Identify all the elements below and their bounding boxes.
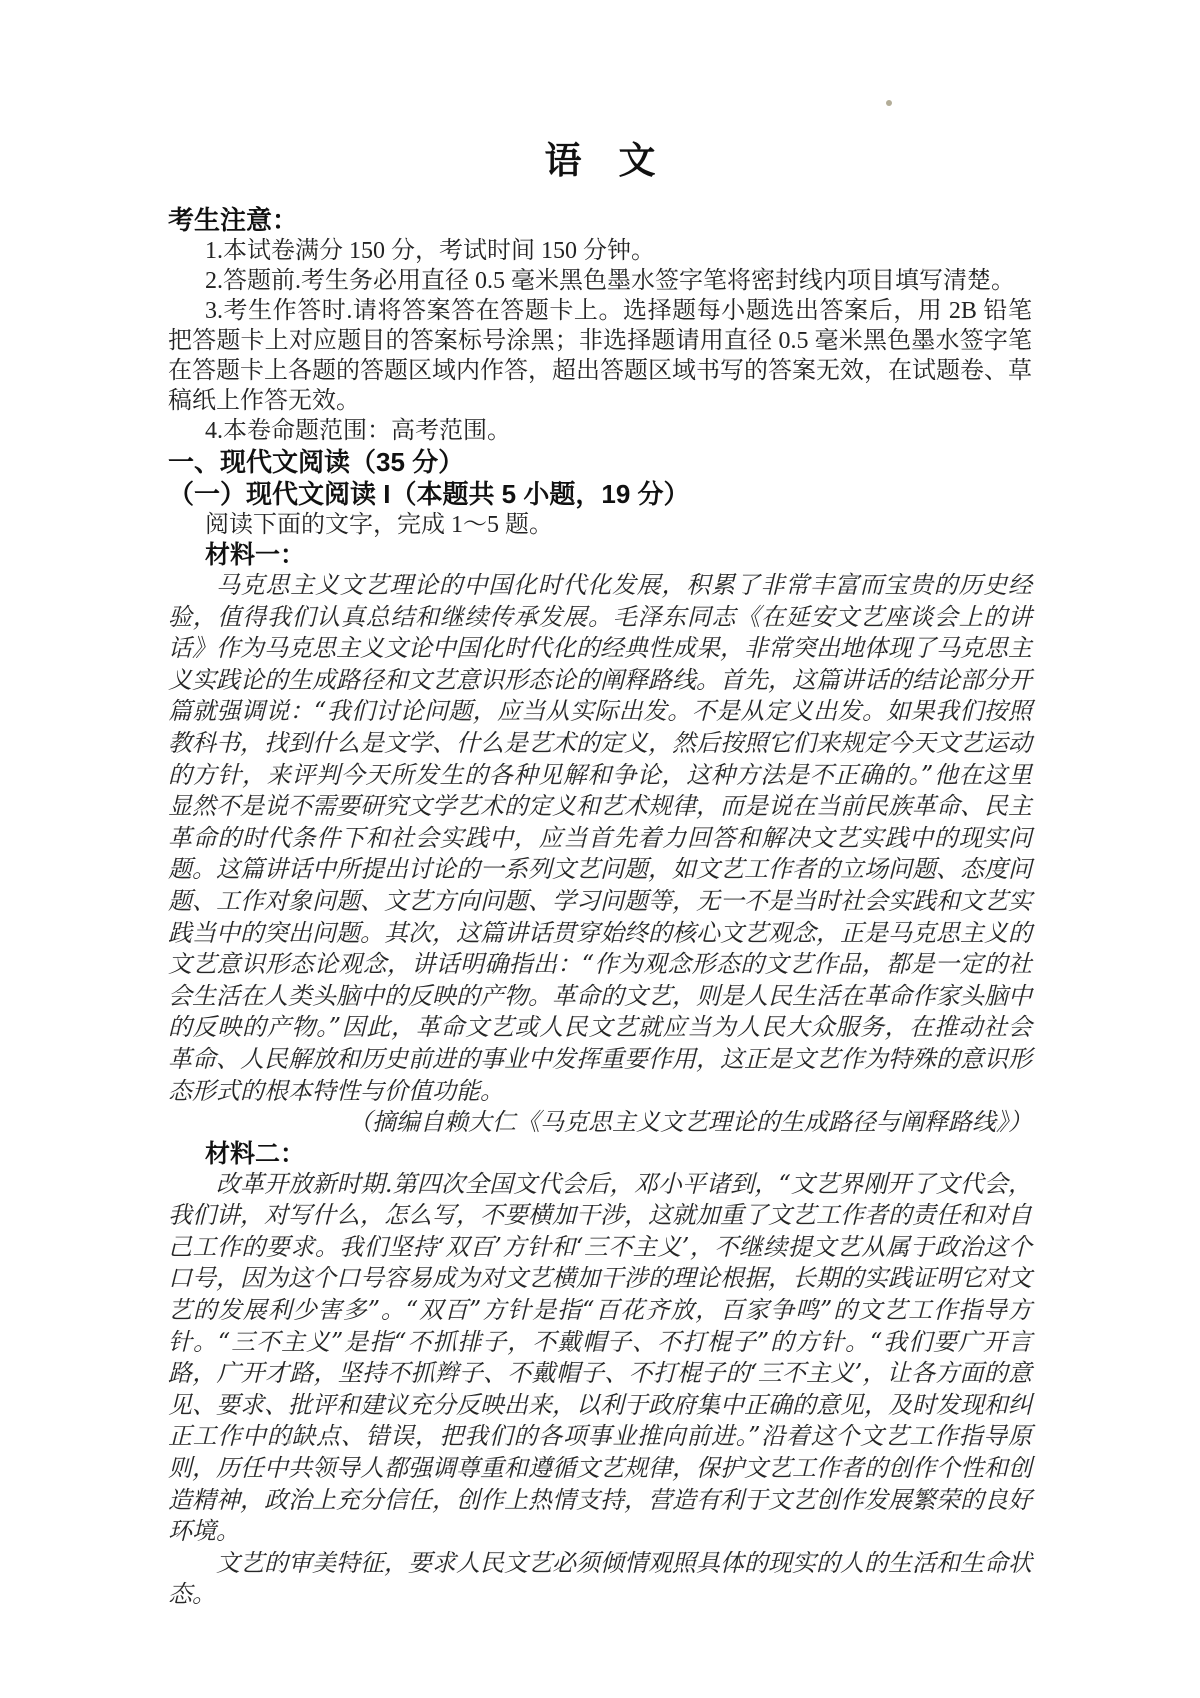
material-one-label: 材料一： — [168, 540, 1032, 570]
subsection-heading-reading-one: （一）现代文阅读 I（本题共 5 小题，19 分） — [168, 478, 1032, 510]
notice-item-4: 4.本卷命题范围：高考范围。 — [168, 416, 1032, 446]
material-two-section: 材料二： 改革开放新时期.第四次全国文代会后，邓小平诸到，“文艺界刚开了文代会，… — [168, 1139, 1032, 1611]
material-two-paragraph-1: 改革开放新时期.第四次全国文代会后，邓小平诸到，“文艺界刚开了文代会，我们讲，对… — [168, 1169, 1032, 1548]
reading-prompt: 阅读下面的文字，完成 1～5 题。 — [168, 510, 1032, 540]
notice-item-2: 2.答题前.考生务必用直径 0.5 毫米黑色墨水签字笔将密封线内项目填写清楚。 — [168, 266, 1032, 296]
material-one-citation: （摘编自赖大仁《马克思主义文艺理论的生成路径与阐释路线》） — [168, 1107, 1032, 1139]
section-heading-modern-reading: 一、现代文阅读（35 分） — [168, 446, 1032, 478]
material-one-paragraph: 马克思主义文艺理论的中国化时代化发展，积累了非常丰富而宝贵的历史经验，值得我们认… — [168, 570, 1032, 1107]
notice-heading: 考生注意： — [168, 204, 1032, 236]
material-two-paragraph-2: 文艺的审美特征，要求人民文艺必须倾情观照具体的现实的人的生活和生命状态。 — [168, 1548, 1032, 1611]
scan-artifact-dot-top — [886, 100, 892, 106]
notice-item-1: 1.本试卷满分 150 分，考试时间 150 分钟。 — [168, 236, 1032, 266]
exam-page: { "doc": { "title": "语 文", "notice": { "… — [0, 0, 1200, 1698]
notice-item-3: 3.考生作答时.请将答案答在答题卡上。选择题每小题选出答案后，用 2B 铅笔把答… — [168, 296, 1032, 416]
document-title: 语 文 — [168, 138, 1032, 184]
notice-section: 考生注意： 1.本试卷满分 150 分，考试时间 150 分钟。 2.答题前.考… — [168, 204, 1032, 446]
material-two-label: 材料二： — [168, 1139, 1032, 1169]
material-one-section: 材料一： 马克思主义文艺理论的中国化时代化发展，积累了非常丰富而宝贵的历史经验，… — [168, 540, 1032, 1139]
scan-artifact-dot-bottom — [287, 1440, 291, 1444]
page-container: 语 文 考生注意： 1.本试卷满分 150 分，考试时间 150 分钟。 2.答… — [0, 0, 1200, 1698]
